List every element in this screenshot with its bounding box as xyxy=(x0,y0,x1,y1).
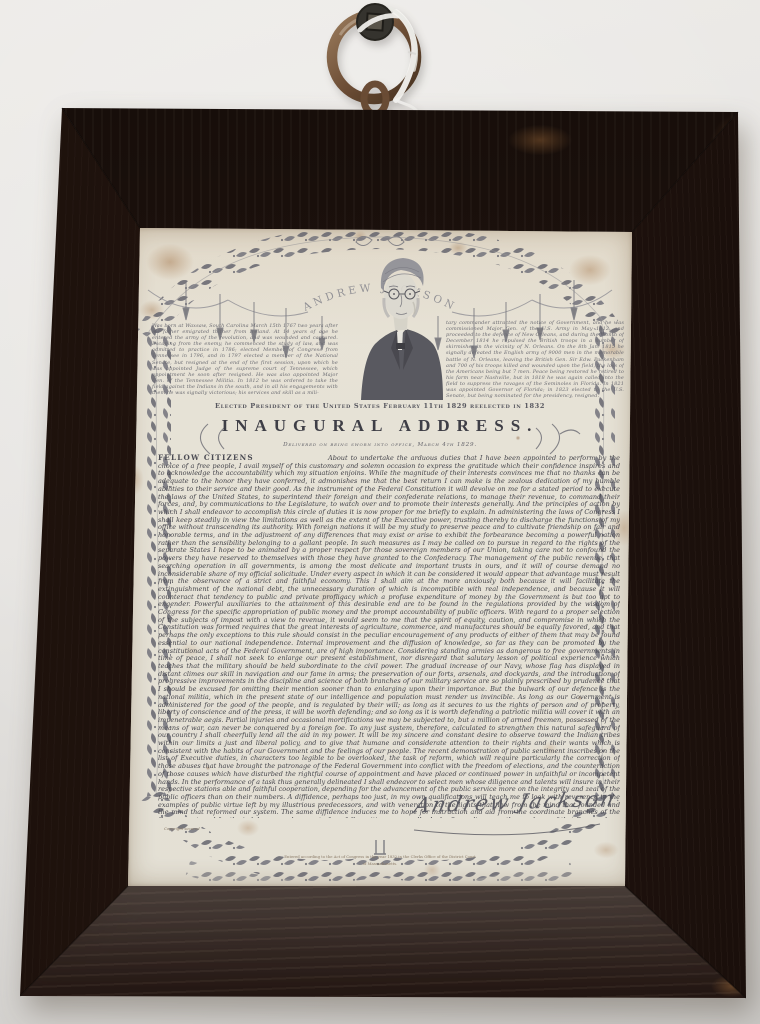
picture-frame: ANDREW JACKSON xyxy=(20,106,746,1000)
elected-president-line: Elected President of the United States F… xyxy=(128,402,632,410)
wall: ANDREW JACKSON xyxy=(0,0,760,1024)
address-body-text: FELLOW CITIZENSAbout to undertake the ar… xyxy=(158,454,620,818)
imprint-line-2: of Massachusetts. xyxy=(128,861,632,866)
biography-left-column: Was born at Waxsaw, South Carolina March… xyxy=(152,323,338,407)
andrew-jackson-portrait xyxy=(361,258,443,400)
address-paragraphs: About to undertake the arduous duties th… xyxy=(158,454,620,818)
arc-title-text: ANDREW JACKSON xyxy=(300,282,459,314)
copyright-note: Copyright secured xyxy=(164,826,200,831)
salutation: FELLOW CITIZENS xyxy=(158,454,328,462)
imprint-line-1: Entered according to the Act of Congress… xyxy=(128,854,632,859)
delivered-subtitle: Delivered on being sworn into office, Ma… xyxy=(128,442,632,448)
inaugural-address-title: INAUGURAL ADDRESS. xyxy=(128,416,632,436)
